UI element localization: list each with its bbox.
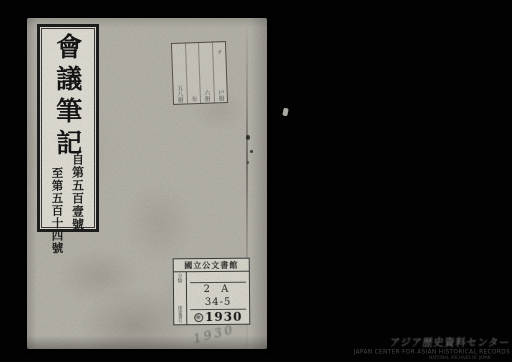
- title-label: 會議筆記 自第五百壹號 至第五百十四號: [37, 24, 99, 232]
- call-number-area: 2 A 34-5 1930: [187, 272, 249, 325]
- ink-spot: [246, 135, 250, 140]
- library-label-body: 分類 排架番号 2 A 34-5 1930: [174, 272, 249, 325]
- ink-spot: [247, 161, 249, 164]
- range-from-text: 自第五百壹號: [70, 153, 87, 255]
- slip-text: チ: [215, 49, 223, 55]
- watermark-small-line: NATIONAL ARCHIVES OF JAPAN: [382, 356, 491, 360]
- pencil-number: 1930: [192, 322, 237, 346]
- slip-text: 年: [189, 96, 198, 102]
- year-number: 1930: [205, 310, 243, 324]
- slip-text: 戸册: [216, 89, 225, 101]
- side-caption-top: 分類: [177, 273, 184, 283]
- year-row: 1930: [187, 310, 249, 325]
- label-side-column: 分類 排架番号: [174, 272, 187, 324]
- range-to-text: 至第五百十四號: [50, 153, 66, 255]
- index-slip: 五八册 年 六册 チ 戸册: [171, 41, 228, 105]
- watermark-english-line: JAPAN CENTER FOR ASIAN HISTORICAL RECORD…: [354, 349, 510, 355]
- slip-text: 六册: [203, 90, 212, 102]
- archive-scan-photo: 會議筆記 自第五百壹號 至第五百十四號 五八册 年 六册 チ 戸册 國立: [0, 0, 512, 362]
- library-name: 國立公文書館: [174, 259, 249, 273]
- call-number-line2: 34-5: [190, 296, 246, 310]
- title-range: 自第五百壹號 至第五百十四號: [42, 153, 94, 255]
- ink-spot: [250, 150, 253, 153]
- watermark: アジア歴史資料センター JAPAN CENTER FOR ASIAN HISTO…: [293, 339, 510, 362]
- book-cover: 會議筆記 自第五百壹號 至第五百十四號 五八册 年 六册 チ 戸册 國立: [27, 18, 267, 349]
- dust-speck: [282, 108, 289, 117]
- slip-text: 五八册: [175, 85, 184, 103]
- call-number-line1: 2 A: [187, 283, 249, 297]
- seal-stamp-icon: [194, 313, 203, 322]
- book-title: 會議筆記: [49, 33, 86, 161]
- side-caption-bottom: 排架番号: [177, 306, 183, 324]
- slip-column: チ 戸册: [212, 42, 227, 102]
- blank-row: [190, 272, 246, 283]
- library-label: 國立公文書館 分類 排架番号 2 A 34-5 1930: [173, 258, 251, 326]
